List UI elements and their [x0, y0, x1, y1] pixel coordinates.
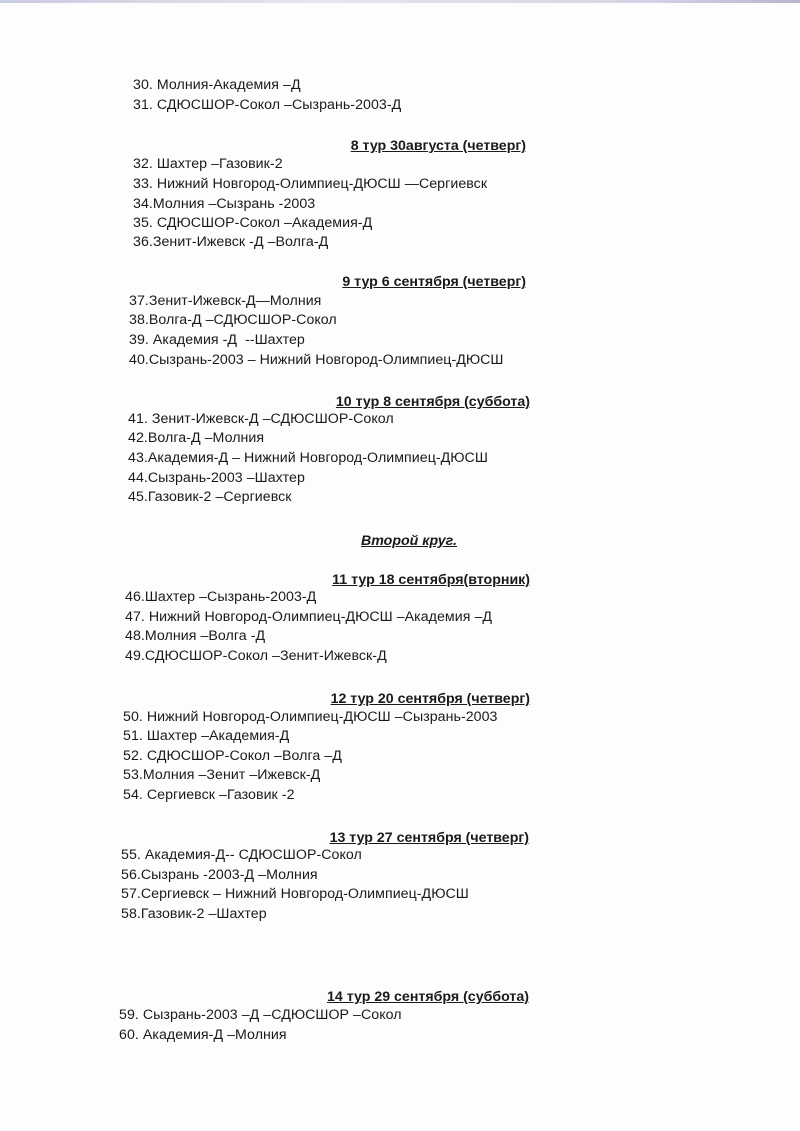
- match-37: 37.Зенит-Ижевск-Д—Молния: [129, 292, 321, 310]
- round-8-heading: 8 тур 30августа (четверг): [351, 137, 526, 155]
- match-31: 31. СДЮСШОР-Сокол –Сызрань-2003-Д: [133, 96, 401, 114]
- match-46: 46.Шахтер –Сызрань-2003-Д: [125, 588, 316, 606]
- match-38: 38.Волга-Д –СДЮСШОР-Сокол: [129, 311, 337, 329]
- round-9-heading: 9 тур 6 сентября (четверг): [342, 273, 526, 291]
- match-48: 48.Молния –Волга -Д: [125, 627, 265, 645]
- match-45: 45.Газовик-2 –Сергиевск: [128, 488, 292, 506]
- match-53: 53.Молния –Зенит –Ижевск-Д: [123, 766, 320, 784]
- match-56: 56.Сызрань -2003-Д –Молния: [121, 866, 318, 884]
- round-13-heading: 13 тур 27 сентября (четверг): [330, 829, 529, 847]
- match-58: 58.Газовик-2 –Шахтер: [121, 905, 267, 923]
- round-14-heading: 14 тур 29 сентября (суббота): [327, 988, 529, 1006]
- round-12-heading: 12 тур 20 сентября (четверг): [331, 690, 530, 708]
- match-57: 57.Сергиевск – Нижний Новгород-Олимпиец-…: [121, 885, 469, 903]
- match-34: 34.Молния –Сызрань -2003: [133, 195, 315, 213]
- match-41: 41. Зенит-Ижевск-Д –СДЮСШОР-Сокол: [128, 410, 394, 428]
- round-11-heading: 11 тур 18 сентября(вторник): [332, 571, 530, 589]
- second-round-title: Второй круг.: [361, 532, 457, 550]
- match-30: 30. Молния-Академия –Д: [133, 76, 301, 94]
- match-51: 51. Шахтер –Академия-Д: [123, 727, 289, 745]
- match-49: 49.СДЮСШОР-Сокол –Зенит-Ижевск-Д: [125, 647, 387, 665]
- match-36: 36.Зенит-Ижевск -Д –Волга-Д: [133, 233, 328, 251]
- match-39: 39. Академия -Д --Шахтер: [129, 331, 305, 349]
- match-33: 33. Нижний Новгород-Олимпиец-ДЮСШ —Серги…: [133, 175, 487, 193]
- scan-edge: [0, 0, 800, 3]
- match-44: 44.Сызрань-2003 –Шахтер: [128, 469, 305, 487]
- match-52: 52. СДЮСШОР-Сокол –Волга –Д: [123, 747, 342, 765]
- match-54: 54. Сергиевск –Газовик -2: [123, 786, 295, 804]
- match-42: 42.Волга-Д –Молния: [128, 429, 264, 447]
- match-35: 35. СДЮСШОР-Сокол –Академия-Д: [133, 214, 372, 232]
- match-32: 32. Шахтер –Газовик-2: [133, 155, 283, 173]
- scanned-document-page: 30. Молния-Академия –Д 31. СДЮСШОР-Сокол…: [0, 0, 800, 1131]
- match-40: 40.Сызрань-2003 – Нижний Новгород-Олимпи…: [129, 351, 504, 369]
- match-55: 55. Академия-Д-- СДЮСШОР-Сокол: [121, 846, 362, 864]
- match-47: 47. Нижний Новгород-Олимпиец-ДЮСШ –Акаде…: [125, 608, 492, 626]
- round-10-heading: 10 тур 8 сентября (суббота): [336, 393, 530, 411]
- match-59: 59. Сызрань-2003 –Д –СДЮСШОР –Сокол: [119, 1006, 402, 1024]
- match-50: 50. Нижний Новгород-Олимпиец-ДЮСШ –Сызра…: [123, 708, 498, 726]
- match-60: 60. Академия-Д –Молния: [119, 1026, 287, 1044]
- match-43: 43.Академия-Д – Нижний Новгород-Олимпиец…: [128, 449, 488, 467]
